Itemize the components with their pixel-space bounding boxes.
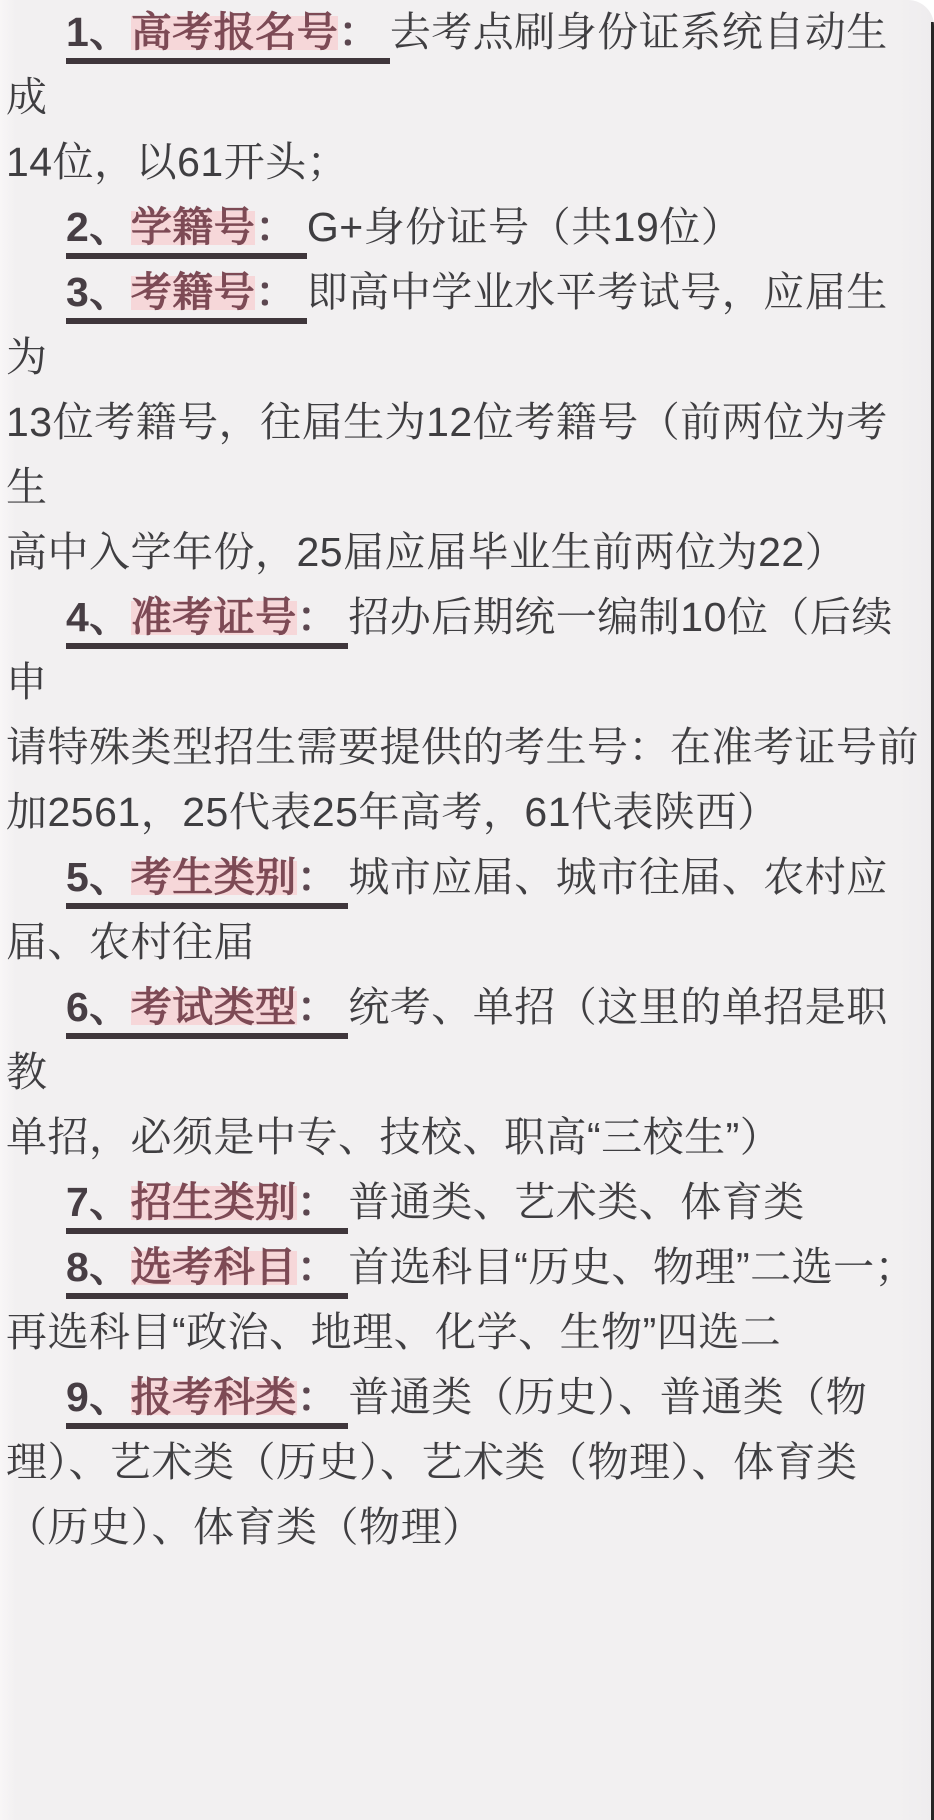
item-colon: ： <box>297 984 339 1030</box>
item-heading: 7、招生类别： <box>66 1179 348 1234</box>
info-item-exam-status-number: 3、考籍号：即高中学业水平考试号，应届生为 13位考籍号，往届生为12位考籍号（… <box>6 260 928 585</box>
item-number: 6、 <box>66 984 131 1030</box>
item-colon: ： <box>297 1374 339 1420</box>
info-item-enrollment-category: 7、招生类别：普通类、艺术类、体育类 <box>6 1170 928 1235</box>
item-term: 考生类别 <box>131 854 297 900</box>
item-heading: 6、考试类型： <box>66 984 348 1039</box>
info-item-admission-ticket-number: 4、准考证号：招办后期统一编制10位（后续申 请特殊类型招生需要提供的考生号：在… <box>6 585 928 845</box>
info-item-selected-subjects: 8、选考科目：首选科目“历史、物理”二选一； 再选科目“政治、地理、化学、生物”… <box>6 1235 928 1365</box>
item-heading: 1、高考报名号： <box>66 9 390 64</box>
info-item-exam-type: 6、考试类型：统考、单招（这里的单招是职教 单招，必须是中专、技校、职高“三校生… <box>6 975 928 1170</box>
item-heading: 8、选考科目： <box>66 1244 348 1299</box>
info-item-student-status-number: 2、学籍号：G+身份证号（共19位） <box>6 195 928 260</box>
info-item-candidate-category: 5、考生类别：城市应届、城市往届、农村应 届、农村往届 <box>6 845 928 975</box>
item-number: 1、 <box>66 9 131 55</box>
exam-info-sheet: 1、高考报名号：去考点刷身份证系统自动生成 14位，以61开头； 2、学籍号：G… <box>0 0 934 1820</box>
item-term: 准考证号 <box>131 594 297 640</box>
item-body: 普通类、艺术类、体育类 <box>348 1179 805 1225</box>
item-number: 7、 <box>66 1179 131 1225</box>
item-number: 4、 <box>66 594 131 640</box>
item-heading: 4、准考证号： <box>66 594 348 649</box>
item-colon: ： <box>255 269 297 315</box>
item-colon: ： <box>255 204 297 250</box>
info-item-application-track: 9、报考科类：普通类（历史）、普通类（物 理）、艺术类（历史）、艺术类（物理）、… <box>6 1365 928 1560</box>
item-number: 8、 <box>66 1244 131 1290</box>
item-colon: ： <box>297 594 339 640</box>
item-term: 选考科目 <box>131 1244 297 1290</box>
item-number: 5、 <box>66 854 131 900</box>
item-colon: ： <box>297 1244 339 1290</box>
item-heading: 5、考生类别： <box>66 854 348 909</box>
item-term: 学籍号 <box>131 204 256 250</box>
item-colon: ： <box>297 1179 339 1225</box>
info-item-gaokao-reg-number: 1、高考报名号：去考点刷身份证系统自动生成 14位，以61开头； <box>6 0 928 195</box>
item-term: 高考报名号 <box>131 9 339 55</box>
item-term: 考试类型 <box>131 984 297 1030</box>
item-term: 招生类别 <box>131 1179 297 1225</box>
item-heading: 3、考籍号： <box>66 269 307 324</box>
item-colon: ： <box>338 9 380 55</box>
item-number: 9、 <box>66 1374 131 1420</box>
item-number: 2、 <box>66 204 131 250</box>
item-heading: 9、报考科类： <box>66 1374 348 1429</box>
item-heading: 2、学籍号： <box>66 204 307 259</box>
item-number: 3、 <box>66 269 131 315</box>
item-colon: ： <box>297 854 339 900</box>
item-term: 考籍号 <box>131 269 256 315</box>
item-body: G+身份证号（共19位） <box>307 204 742 250</box>
item-term: 报考科类 <box>131 1374 297 1420</box>
